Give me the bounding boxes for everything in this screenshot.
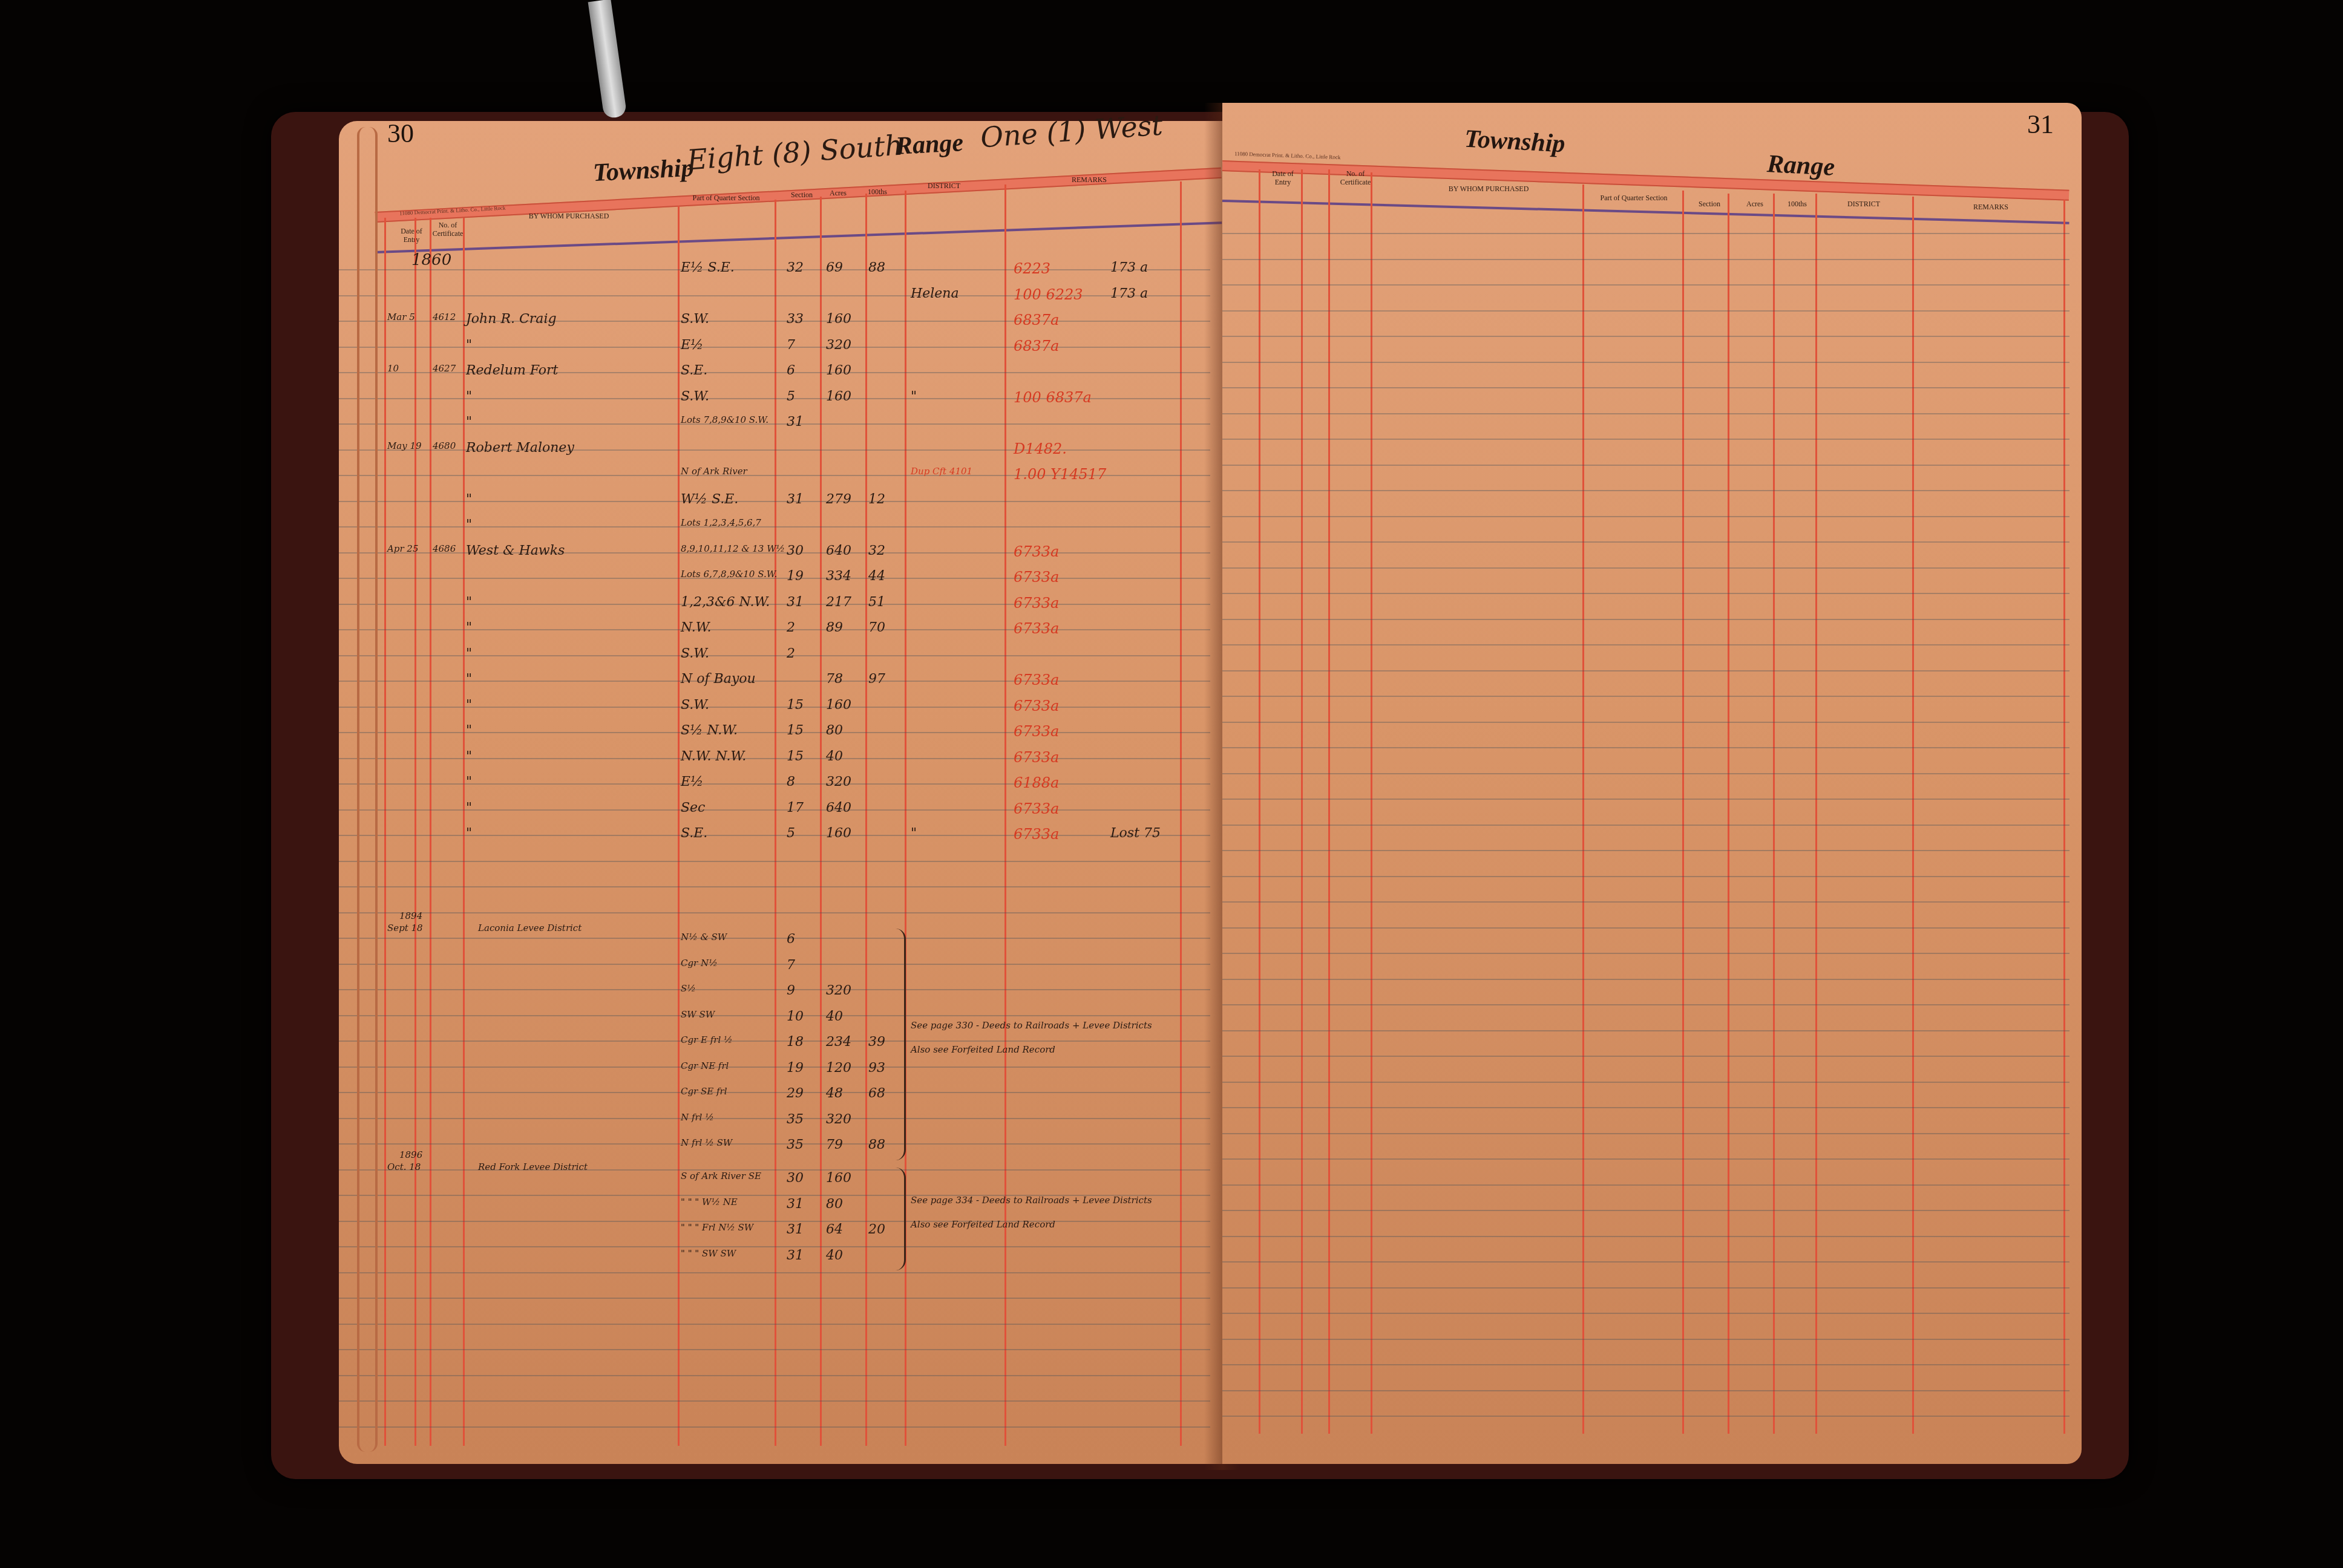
quarter-section-part: S.W.	[681, 646, 709, 661]
ruled-line	[1222, 644, 2069, 645]
ruled-line	[1222, 233, 2069, 234]
remark-black: 173 a	[1110, 260, 1148, 275]
ruled-line	[1222, 953, 2069, 954]
purchaser-name: John R. Craig	[466, 312, 557, 327]
section-number: 29	[787, 1086, 804, 1101]
ruled-line	[1222, 670, 2069, 671]
ruled-line	[339, 938, 1210, 939]
ruled-line	[1222, 516, 2069, 517]
remark-red: 6733a	[1014, 800, 1059, 817]
acres: 160	[826, 312, 851, 327]
acres: 120	[826, 1060, 851, 1076]
ruled-line	[1222, 901, 2069, 903]
ruled-line	[1222, 1004, 2069, 1005]
entry-date: Apr 25	[387, 543, 418, 554]
left-page: 30 Township Eight (8) South Range One (1…	[339, 121, 1222, 1464]
section-number: 31	[787, 1222, 804, 1237]
rule	[463, 218, 465, 1446]
rule	[415, 218, 416, 1446]
col-certificate: No. of Certificate	[1337, 169, 1374, 186]
quarter-section-part: S.E.	[681, 826, 707, 841]
purchaser-name: "	[466, 697, 472, 713]
section-number: 8	[787, 774, 795, 789]
col-remarks: REMARKS	[1035, 175, 1144, 184]
remark-red: 6733a	[1014, 620, 1059, 637]
ruled-line	[1222, 1030, 2069, 1031]
remark-red: 6733a	[1014, 595, 1059, 612]
section-number: 17	[787, 800, 804, 815]
township-label: Township	[592, 154, 695, 188]
acres: 40	[826, 749, 843, 764]
ruled-line	[1222, 747, 2069, 748]
purchaser-name: "	[466, 723, 472, 738]
purchaser-name: "	[466, 774, 472, 789]
quarter-section-part: N.W. N.W.	[681, 749, 746, 764]
ruled-line	[1222, 1056, 2069, 1057]
remark-red: D1482.	[1014, 440, 1067, 457]
entry-year: 1896	[399, 1149, 422, 1160]
ruled-line	[1222, 310, 2069, 312]
purchaser-name: West & Hawks	[466, 543, 565, 558]
ruled-line	[339, 1298, 1210, 1299]
quarter-section-part: N of Ark River	[681, 466, 747, 477]
col-hundredths: 100ths	[859, 188, 896, 196]
col-section: Section	[784, 191, 820, 199]
ruled-line	[1222, 284, 2069, 286]
rule	[820, 197, 822, 1446]
ruled-line	[1222, 825, 2069, 826]
col-date-of-entry: Date of Entry	[1265, 169, 1301, 186]
header-purple-rule	[375, 221, 1222, 253]
acres-hundredths: 20	[868, 1222, 885, 1237]
ruled-line	[1222, 1184, 2069, 1186]
acres: 217	[826, 595, 851, 610]
range-label: Range	[1766, 149, 1835, 182]
page-edge	[357, 127, 378, 1452]
section-number: 7	[787, 338, 795, 353]
rule	[1682, 191, 1684, 1434]
ruled-line	[339, 269, 1210, 270]
acres-hundredths: 93	[868, 1060, 885, 1076]
acres: 160	[826, 1171, 851, 1186]
quarter-section-part: Cgr SE frl	[681, 1086, 727, 1097]
remark-red: 1.00 Y14517	[1014, 466, 1106, 483]
acres: 320	[826, 338, 851, 353]
quarter-section-part: N of Bayou	[681, 671, 756, 687]
rule	[1728, 194, 1729, 1434]
acres: 279	[826, 492, 851, 507]
acres: 640	[826, 543, 851, 558]
quarter-section-part: S.W.	[681, 697, 709, 713]
acres: 334	[826, 569, 851, 584]
quarter-section-part: N frl ½ SW	[681, 1137, 732, 1148]
quarter-section-part: E½	[681, 338, 703, 353]
quarter-section-part: Cgr E frl ½	[681, 1034, 733, 1045]
ruled-line	[339, 1221, 1210, 1222]
printer-imprint: 11080 Democrat Print. & Litho. Co., Litt…	[1234, 151, 1341, 160]
acres: 80	[826, 723, 843, 738]
ruled-line	[339, 1015, 1210, 1016]
ruled-line	[339, 1092, 1210, 1093]
entry-date: May 19	[387, 440, 422, 451]
ruled-line	[1222, 1082, 2069, 1083]
acres: 160	[826, 363, 851, 378]
quarter-section-part: Cgr NE frl	[681, 1060, 729, 1071]
section-number: 6	[787, 363, 795, 378]
remark-red: 6733a	[1014, 826, 1059, 843]
acres-hundredths: 39	[868, 1034, 885, 1050]
section-number: 9	[787, 983, 795, 998]
ruled-line	[339, 1349, 1210, 1350]
quarter-section-part: W½ S.E.	[681, 492, 738, 507]
certificate-number: 4627	[433, 363, 456, 374]
ruled-line	[1222, 1133, 2069, 1134]
ruled-line	[1222, 927, 2069, 929]
entry-date: Mar 5	[387, 312, 415, 322]
purchaser-name: Robert Maloney	[466, 440, 574, 456]
section-number: 31	[787, 1197, 804, 1212]
ruled-line	[1222, 1390, 2069, 1391]
rule	[2063, 200, 2065, 1434]
section-number: 6	[787, 932, 795, 947]
ruled-line	[1222, 1364, 2069, 1365]
ruled-line	[1222, 850, 2069, 851]
ruled-line	[1222, 1261, 2069, 1263]
remark-red: 6223	[1014, 260, 1050, 277]
section-number: 15	[787, 723, 804, 738]
purchaser-name: "	[466, 671, 472, 687]
acres: 48	[826, 1086, 843, 1101]
quarter-section-part: 1,2,3&6 N.W.	[681, 595, 770, 610]
section-number: 2	[787, 620, 795, 635]
ruled-line	[1222, 593, 2069, 594]
ruled-line	[339, 1118, 1210, 1119]
acres: 640	[826, 800, 851, 815]
quarter-section-part: S.E.	[681, 363, 707, 378]
ruled-line	[1222, 773, 2069, 774]
acres: 69	[826, 260, 843, 275]
ruled-line	[339, 912, 1210, 913]
acres-hundredths: 44	[868, 569, 885, 584]
ruled-line	[1222, 567, 2069, 569]
quarter-section-part: E½ S.E.	[681, 260, 735, 275]
rule	[1301, 169, 1303, 1434]
section-number: 31	[787, 414, 804, 430]
col-hundredths: 100ths	[1779, 200, 1815, 208]
col-purchaser: BY WHOM PURCHASED	[496, 212, 641, 220]
remark-red: 6733a	[1014, 723, 1059, 740]
section-number: 30	[787, 1171, 804, 1186]
year-label: 1860	[411, 251, 451, 269]
acres: 40	[826, 1009, 843, 1024]
purchaser-name: "	[466, 646, 472, 661]
district: Dup Cft 4101	[911, 466, 972, 477]
remark-cross-reference: See page 334 - Deeds to Railroads + Leve…	[911, 1195, 1152, 1206]
ruled-line	[1222, 1416, 2069, 1417]
acres: 160	[826, 389, 851, 404]
remark-red: 6733a	[1014, 543, 1059, 560]
metal-page-clip	[588, 0, 628, 119]
col-acres: Acres	[1737, 200, 1773, 208]
page-number: 31	[2027, 109, 2054, 140]
purchaser-name: "	[466, 800, 472, 815]
section-number: 32	[787, 260, 804, 275]
quarter-section-part: " " " Frl N½ SW	[681, 1222, 753, 1233]
ruled-line	[1222, 362, 2069, 363]
ruled-line	[1222, 1236, 2069, 1237]
purchaser-name: "	[466, 620, 472, 635]
section-number: 18	[787, 1034, 804, 1050]
section-number: 15	[787, 749, 804, 764]
ruled-line	[339, 861, 1210, 862]
col-part-quarter-section: Part of Quarter Section	[1597, 194, 1670, 202]
ruled-line	[1222, 259, 2069, 260]
purchaser-name: "	[466, 749, 472, 764]
quarter-section-part: Cgr N½	[681, 958, 718, 969]
section-number: 33	[787, 312, 804, 327]
acres: 160	[826, 826, 851, 841]
purchaser-name: Laconia Levee District	[478, 923, 582, 933]
ruled-line	[1222, 876, 2069, 877]
col-purchaser: BY WHOM PURCHASED	[1416, 185, 1561, 193]
acres: 234	[826, 1034, 851, 1050]
purchaser-name: "	[466, 414, 472, 430]
quarter-section-part: S.W.	[681, 312, 709, 327]
ruled-line	[1222, 619, 2069, 620]
purchaser-name: "	[466, 338, 472, 353]
purchaser-name: "	[466, 826, 472, 841]
quarter-section-part: S½	[681, 983, 696, 994]
section-number: 7	[787, 958, 795, 973]
ruled-line	[1222, 1287, 2069, 1289]
purchaser-name: "	[466, 595, 472, 610]
col-date-of-entry: Date of Entry	[393, 227, 430, 244]
section-number: 31	[787, 492, 804, 507]
ruled-line	[339, 886, 1210, 887]
col-district: DISTRICT	[1827, 200, 1900, 208]
section-number: 15	[787, 697, 804, 713]
purchaser-name: "	[466, 389, 472, 404]
remark-cross-reference: Also see Forfeited Land Record	[911, 1219, 1055, 1230]
quarter-section-part: Lots 6,7,8,9&10 S.W.	[681, 569, 777, 580]
ruled-line	[339, 1040, 1210, 1042]
acres-hundredths: 32	[868, 543, 885, 558]
rule	[430, 218, 431, 1446]
right-page: 31 Township Range 11080 Democrat Print. …	[1222, 103, 2082, 1464]
remark-red: 100 6223	[1014, 286, 1083, 303]
purchaser-name: Red Fork Levee District	[478, 1161, 588, 1172]
remark-cross-reference: Also see Forfeited Land Record	[911, 1044, 1055, 1055]
quarter-section-part: E½	[681, 774, 703, 789]
remark-black: 173 a	[1110, 286, 1148, 301]
acres: 80	[826, 1197, 843, 1212]
remark-red: 6733a	[1014, 697, 1059, 714]
col-acres: Acres	[820, 189, 856, 197]
rule	[1259, 169, 1260, 1434]
section-number: 5	[787, 389, 795, 404]
certificate-number: 4680	[433, 440, 456, 451]
section-number: 2	[787, 646, 795, 661]
township-label: Township	[1464, 125, 1566, 159]
table-row: "S.E.5160"6733aLost 75	[339, 121, 1222, 146]
quarter-section-part: N½ & SW	[681, 932, 727, 942]
rule	[1180, 181, 1182, 1446]
acres-hundredths: 88	[868, 260, 885, 275]
quarter-section-part: Lots 7,8,9&10 S.W.	[681, 414, 768, 425]
section-number: 30	[787, 543, 804, 558]
rule	[1328, 169, 1330, 1434]
remark-red: 6733a	[1014, 749, 1059, 766]
rule	[865, 194, 867, 1446]
quarter-section-part: SW SW	[681, 1009, 715, 1020]
ruled-line	[1222, 413, 2069, 414]
ruled-line	[1222, 1107, 2069, 1108]
rule	[1912, 197, 1914, 1434]
quarter-section-part: S.W.	[681, 389, 709, 404]
ruled-line	[1222, 465, 2069, 466]
ruled-line	[339, 1067, 1210, 1068]
acres-hundredths: 97	[868, 671, 885, 687]
ruled-line	[339, 1169, 1210, 1171]
quarter-section-part: S of Ark River SE	[681, 1171, 761, 1181]
rule	[1004, 185, 1006, 1446]
ruled-line	[1222, 1339, 2069, 1340]
acres: 320	[826, 983, 851, 998]
rule	[1773, 194, 1775, 1434]
remark-red: 6837a	[1014, 338, 1059, 354]
ruled-line	[1222, 696, 2069, 697]
rule	[775, 200, 776, 1446]
rule	[1582, 185, 1584, 1434]
remark-red: 6837a	[1014, 312, 1059, 328]
col-remarks: REMARKS	[1936, 203, 2045, 211]
rule	[384, 218, 386, 1446]
entry-date: Oct. 18	[387, 1161, 421, 1172]
col-district: DISTRICT	[908, 181, 980, 190]
district: "	[911, 389, 917, 404]
acres-hundredths: 70	[868, 620, 885, 635]
entry-date: 10	[387, 363, 399, 374]
acres: 320	[826, 774, 851, 789]
ruled-line	[1222, 336, 2069, 337]
ruled-line	[1222, 387, 2069, 388]
section-number: 10	[787, 1009, 804, 1024]
acres: 160	[826, 697, 851, 713]
ruled-line	[339, 964, 1210, 965]
grouping-brace	[896, 929, 906, 1160]
rule	[678, 206, 680, 1446]
col-part-quarter-section: Part of Quarter Section	[690, 194, 762, 202]
remark-red: 100 6837a	[1014, 389, 1092, 406]
ruled-line	[1222, 979, 2069, 980]
section-number: 31	[787, 1248, 804, 1263]
ruled-line	[339, 1426, 1210, 1428]
quarter-section-part: " " " SW SW	[681, 1248, 736, 1259]
rule	[1815, 194, 1817, 1434]
entry-date: Sept 18	[387, 923, 423, 933]
section-number: 35	[787, 1137, 804, 1152]
ruled-line	[1222, 1313, 2069, 1314]
district: "	[911, 826, 917, 841]
col-certificate: No. of Certificate	[430, 221, 466, 238]
section-number: 5	[787, 826, 795, 841]
quarter-section-part: S½ N.W.	[681, 723, 738, 738]
col-section: Section	[1691, 200, 1728, 208]
quarter-section-part: 8,9,10,11,12 & 13 W½	[681, 543, 785, 554]
district: Helena	[911, 286, 959, 301]
purchaser-name: "	[466, 517, 472, 532]
acres: 40	[826, 1248, 843, 1263]
ruled-line	[339, 1143, 1210, 1145]
acres-hundredths: 88	[868, 1137, 885, 1152]
acres-hundredths: 12	[868, 492, 885, 507]
acres: 320	[826, 1112, 851, 1127]
grouping-brace	[896, 1168, 906, 1270]
acres-hundredths: 68	[868, 1086, 885, 1101]
remark-red: 6188a	[1014, 774, 1059, 791]
quarter-section-part: Lots 1,2,3,4,5,6,7	[681, 517, 761, 528]
remark-cross-reference: See page 330 - Deeds to Railroads + Leve…	[911, 1020, 1152, 1031]
ruled-line	[339, 1324, 1210, 1325]
remark-red: 6733a	[1014, 569, 1059, 586]
section-number: 19	[787, 569, 804, 584]
quarter-section-part: Sec	[681, 800, 705, 815]
acres: 64	[826, 1222, 843, 1237]
remark-black: Lost 75	[1110, 826, 1161, 841]
ruled-line	[1222, 722, 2069, 723]
ruled-line	[1222, 1210, 2069, 1211]
acres-hundredths: 51	[868, 595, 885, 610]
ruled-line	[1222, 541, 2069, 543]
ruled-line	[339, 1375, 1210, 1376]
quarter-section-part: " " " W½ NE	[681, 1197, 738, 1207]
ruled-line	[339, 1246, 1210, 1247]
ruled-line	[1222, 490, 2069, 491]
ruled-line	[339, 989, 1210, 990]
ruled-line	[1222, 799, 2069, 800]
acres: 89	[826, 620, 843, 635]
section-number: 31	[787, 595, 804, 610]
acres: 78	[826, 671, 843, 687]
ruled-line	[1222, 1158, 2069, 1160]
acres: 79	[826, 1137, 843, 1152]
purchaser-name: Redelum Fort	[466, 363, 558, 378]
section-number: 19	[787, 1060, 804, 1076]
certificate-number: 4612	[433, 312, 456, 322]
section-number: 35	[787, 1112, 804, 1127]
quarter-section-part: N frl ½	[681, 1112, 714, 1123]
remark-red: 6733a	[1014, 671, 1059, 688]
ruled-line	[339, 1272, 1210, 1273]
quarter-section-part: N.W.	[681, 620, 712, 635]
ruled-line	[1222, 439, 2069, 440]
entry-year: 1894	[399, 910, 422, 921]
purchaser-name: "	[466, 492, 472, 507]
certificate-number: 4686	[433, 543, 456, 554]
ruled-line	[339, 1400, 1210, 1402]
